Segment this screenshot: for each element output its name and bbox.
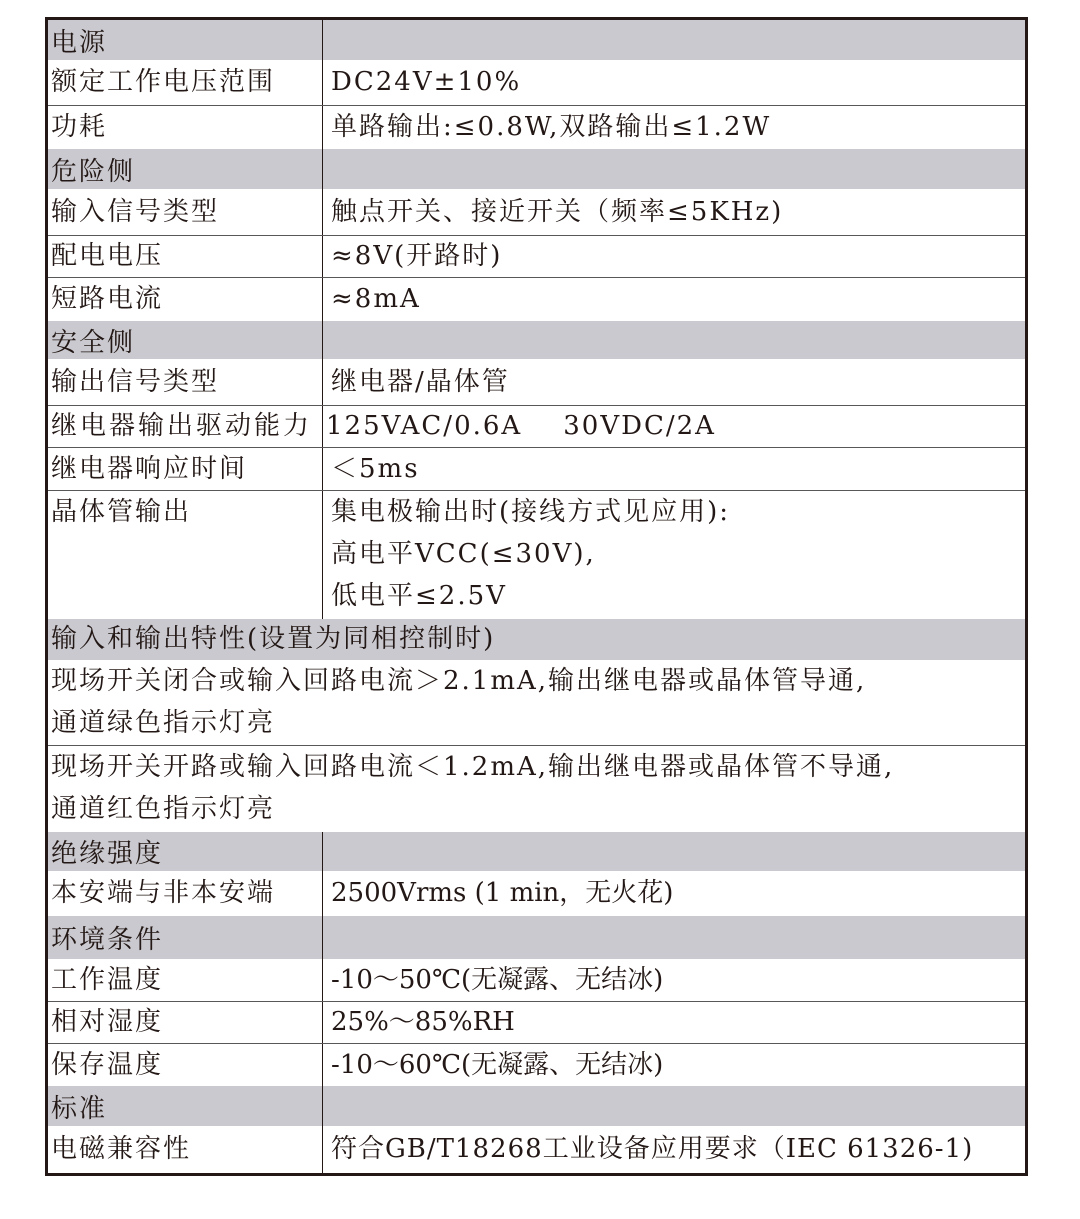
- table-row: 配电电压 ≈8V(开路时): [48, 235, 1025, 277]
- section-title: 输入和输出特性(设置为同相控制时): [48, 619, 1025, 660]
- section-title: 电源: [48, 20, 323, 60]
- section-title: 标准: [48, 1086, 323, 1126]
- row-value-text: 125VAC/0.6A 30VDC/2A: [326, 411, 716, 441]
- section-row-environment: 环境条件: [48, 916, 1025, 959]
- table-row-full: 现场开关开路或输入回路电流＜1.2mA,输出继电器或晶体管不导通, 通道红色指示…: [48, 745, 1025, 832]
- section-row-hazard-side: 危险侧: [48, 149, 1025, 189]
- row-label: 相对湿度: [48, 1002, 323, 1043]
- value-line: 集电极输出时(接线方式见应用):: [331, 491, 1025, 533]
- row-value: 继电器/晶体管: [323, 359, 1025, 405]
- row-value: 触点开关、接近开关（频率≤5KHz): [323, 189, 1025, 235]
- row-value: 集电极输出时(接线方式见应用): 高电平VCC(≤30V), 低电平≤2.5V: [323, 491, 1025, 619]
- row-value: -10～60℃(无凝露、无结冰): [323, 1044, 1025, 1086]
- section-value: [323, 321, 1025, 359]
- row-value: ＜5ms: [323, 448, 1025, 490]
- section-row-safe-side: 安全侧: [48, 321, 1025, 359]
- row-label: 保存温度: [48, 1044, 323, 1086]
- table-row: 额定工作电压范围 DC24V±10%: [48, 60, 1025, 105]
- row-label: 输入信号类型: [48, 189, 323, 235]
- section-value: [323, 832, 1025, 871]
- section-title: 危险侧: [48, 149, 323, 189]
- table-row: 本安端与非本安端 2500Vrms (1 min，无火花): [48, 871, 1025, 916]
- table-row: 保存温度 -10～60℃(无凝露、无结冰): [48, 1043, 1025, 1086]
- row-value: 2500Vrms (1 min，无火花): [323, 871, 1025, 916]
- row-label: 电磁兼容性: [48, 1126, 323, 1173]
- table-row: 电磁兼容性 符合GB/T18268工业设备应用要求（IEC 61326-1): [48, 1126, 1025, 1173]
- row-label: 工作温度: [48, 959, 323, 1001]
- row-label: 功耗: [48, 106, 323, 149]
- row-label: 配电电压: [48, 236, 323, 277]
- table-row: 输出信号类型 继电器/晶体管: [48, 359, 1025, 405]
- section-title: 安全侧: [48, 321, 323, 359]
- row-value: DC24V±10%: [323, 60, 1025, 105]
- table-row: 晶体管输出 集电极输出时(接线方式见应用): 高电平VCC(≤30V), 低电平…: [48, 490, 1025, 619]
- row-description: 现场开关闭合或输入回路电流＞2.1mA,输出继电器或晶体管导通, 通道绿色指示灯…: [48, 660, 1025, 745]
- section-value: [323, 20, 1025, 60]
- row-value: 单路输出:≤0.8W,双路输出≤1.2W: [323, 106, 1025, 149]
- row-value: -10～50℃(无凝露、无结冰): [323, 959, 1025, 1001]
- value-line: 低电平≤2.5V: [331, 575, 1025, 617]
- row-label: 额定工作电压范围: [48, 60, 323, 105]
- row-value: 符合GB/T18268工业设备应用要求（IEC 61326-1): [323, 1126, 1025, 1173]
- row-value: ≈8mA: [323, 278, 1025, 321]
- section-value: [323, 1086, 1025, 1126]
- row-label: 晶体管输出: [48, 491, 323, 619]
- table-row: 继电器响应时间 ＜5ms: [48, 447, 1025, 490]
- row-value: 125VAC/0.6A 30VDC/2A: [323, 406, 1025, 447]
- table-row: 相对湿度 25%～85%RH: [48, 1001, 1025, 1043]
- section-value: [323, 916, 1025, 959]
- table-row: 继电器输出驱动能力 125VAC/0.6A 30VDC/2A: [48, 405, 1025, 447]
- row-label: 输出信号类型: [48, 359, 323, 405]
- section-row-power: 电源: [48, 20, 1025, 60]
- table-row: 功耗 单路输出:≤0.8W,双路输出≤1.2W: [48, 105, 1025, 149]
- description-line: 通道红色指示灯亮: [51, 788, 1025, 830]
- row-value: ≈8V(开路时): [323, 236, 1025, 277]
- section-value: [323, 149, 1025, 189]
- row-description: 现场开关开路或输入回路电流＜1.2mA,输出继电器或晶体管不导通, 通道红色指示…: [48, 746, 1025, 832]
- section-row-io-characteristics: 输入和输出特性(设置为同相控制时): [48, 619, 1025, 660]
- spec-table: 电源 额定工作电压范围 DC24V±10% 功耗 单路输出:≤0.8W,双路输出…: [45, 17, 1028, 1176]
- description-line: 通道绿色指示灯亮: [51, 702, 1025, 744]
- table-row: 输入信号类型 触点开关、接近开关（频率≤5KHz): [48, 189, 1025, 235]
- table-row: 工作温度 -10～50℃(无凝露、无结冰): [48, 959, 1025, 1001]
- description-line: 现场开关开路或输入回路电流＜1.2mA,输出继电器或晶体管不导通,: [51, 746, 1025, 788]
- section-row-standards: 标准: [48, 1086, 1025, 1126]
- section-title: 环境条件: [48, 916, 323, 959]
- section-row-insulation: 绝缘强度: [48, 832, 1025, 871]
- row-value: 25%～85%RH: [323, 1002, 1025, 1043]
- description-line: 现场开关闭合或输入回路电流＞2.1mA,输出继电器或晶体管导通,: [51, 660, 1025, 702]
- table-row-full: 现场开关闭合或输入回路电流＞2.1mA,输出继电器或晶体管导通, 通道绿色指示灯…: [48, 660, 1025, 745]
- row-label: 本安端与非本安端: [48, 871, 323, 916]
- row-label: 短路电流: [48, 278, 323, 321]
- row-label: 继电器响应时间: [48, 448, 323, 490]
- table-row: 短路电流 ≈8mA: [48, 277, 1025, 321]
- value-line: 高电平VCC(≤30V),: [331, 533, 1025, 575]
- section-title: 绝缘强度: [48, 832, 323, 871]
- row-label: 继电器输出驱动能力: [48, 406, 323, 447]
